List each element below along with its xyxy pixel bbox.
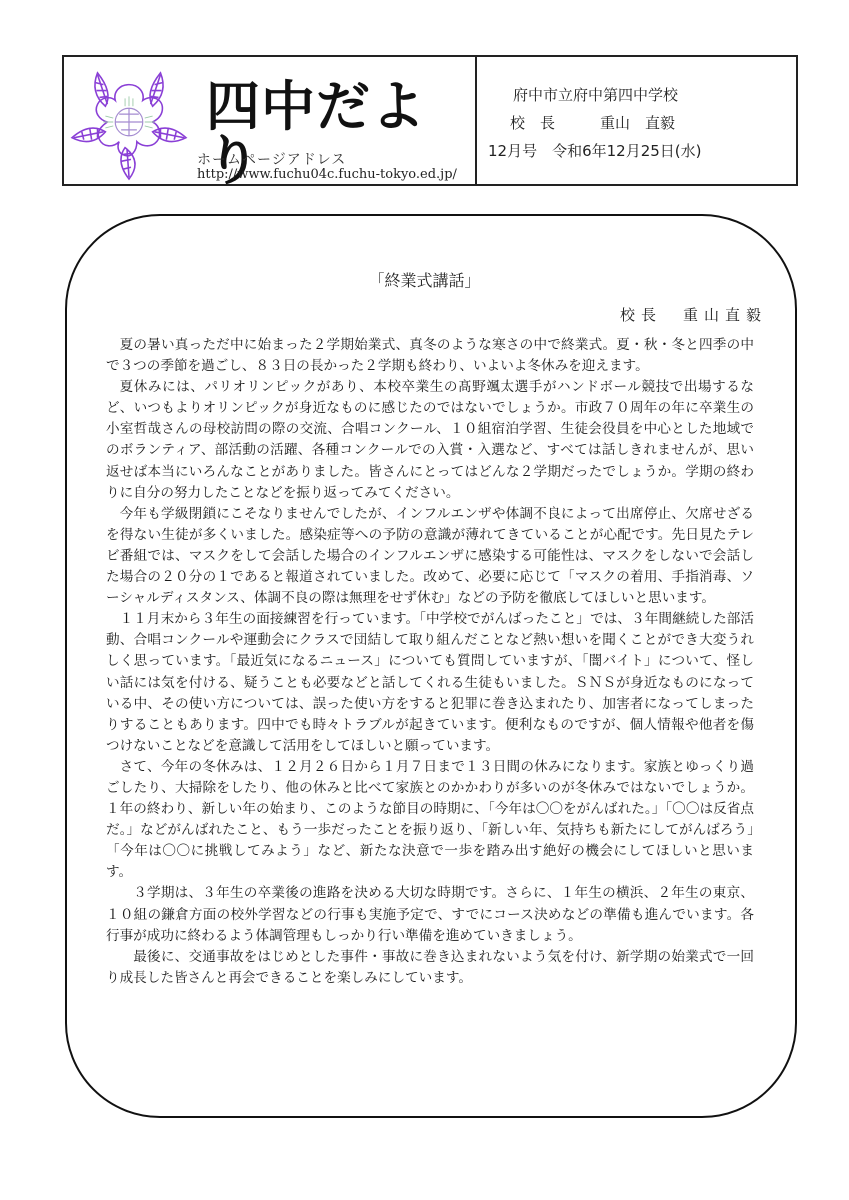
paragraph: １１月末から３年生の面接練習を行っています。「中学校でがんばったこと」では、３年… bbox=[106, 609, 754, 757]
paragraph: 夏の暑い真っただ中に始まった２学期始業式、真冬のような寒さの中で終業式。夏・秋・… bbox=[106, 335, 754, 377]
paragraph: 夏休みには、パリオリンピックがあり、本校卒業生の髙野颯太選手がハンドボール競技で… bbox=[106, 377, 754, 504]
homepage-label: ホームページアドレス bbox=[197, 149, 346, 169]
newsletter-header: 四中だより ホームページアドレス http://www.fuchu04c.fuc… bbox=[62, 55, 798, 186]
paragraph: ３学期は、３年生の卒業後の進路を決める大切な時期です。さらに、１年生の横浜、２年… bbox=[106, 883, 754, 946]
paragraph: さて、今年の冬休みは、１２月２６日から１月７日まで１３日間の休みになります。家族… bbox=[106, 757, 754, 884]
principal-name: 校 長 重山 直毅 bbox=[510, 112, 675, 133]
school-name: 府中市立府中第四中学校 bbox=[513, 84, 678, 105]
paragraph: 今年も学級閉鎖にこそなりませんでしたが、インフルエンザや体調不良によって出席停止… bbox=[106, 504, 754, 609]
speech-author: 校長 重山直毅 bbox=[620, 304, 767, 325]
speech-body: 夏の暑い真っただ中に始まった２学期始業式、真冬のような寒さの中で終業式。夏・秋・… bbox=[106, 335, 754, 989]
paragraph: 最後に、交通事故をはじめとした事件・事故に巻き込まれないよう気を付け、新学期の始… bbox=[106, 947, 754, 989]
speech-title: 「終業式講話」 bbox=[0, 268, 849, 291]
masthead: 四中だより ホームページアドレス http://www.fuchu04c.fuc… bbox=[64, 57, 477, 184]
school-crest-icon bbox=[70, 63, 188, 181]
issue-date: 12月号 令和6年12月25日(水) bbox=[488, 140, 702, 161]
school-info: 府中市立府中第四中学校 校 長 重山 直毅 12月号 令和6年12月25日(水) bbox=[477, 57, 796, 184]
homepage-url-link[interactable]: http://www.fuchu04c.fuchu-tokyo.ed.jp/ bbox=[197, 167, 457, 182]
